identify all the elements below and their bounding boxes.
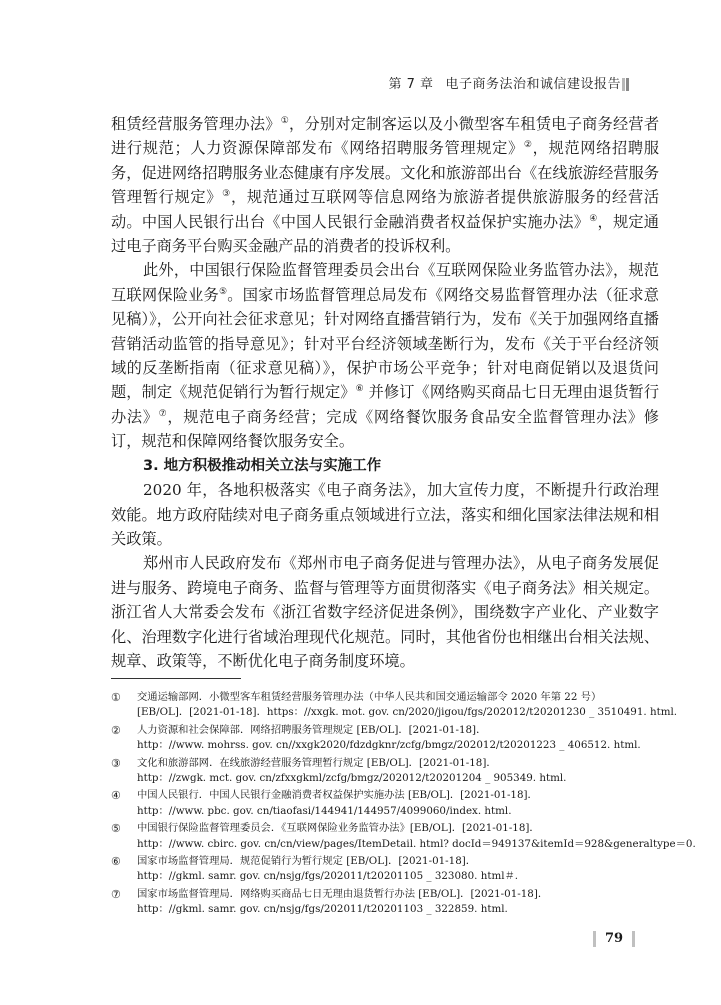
- footnote-url[interactable]: http：//gkml. samr. gov. cn/nsjg/fgs/2020…: [137, 902, 671, 917]
- footnote-ref-1[interactable]: ①: [281, 116, 289, 126]
- footnote-item: ① 交通运输部网．小微型客车租赁经营服务管理办法（中华人民共和国交通运输部令 2…: [111, 690, 671, 721]
- footnote-item: ⑥ 国家市场监督管理局．规范促销行为暂行规定 [EB/OL]．[2021-01-…: [111, 854, 671, 885]
- footnote-url[interactable]: http：//www. mohrss. gov. cn//xxgk2020/fd…: [137, 738, 671, 753]
- running-header: 第 7 章电子商务法治和诚信建设报告: [0, 73, 721, 93]
- footnote-source: 文化和旅游部网．在线旅游经营服务管理暂行规定 [EB/OL]．[2021-01-…: [137, 756, 671, 771]
- text: ，规范电子商务经营；完成《网络餐饮服务食品安全监督管理办法》修订，规范和保障网络…: [111, 408, 659, 450]
- footnote-url[interactable]: http：//www. pbc. gov. cn/tiaofasi/144941…: [137, 804, 671, 819]
- paragraph-3: 2020 年，各地积极落实《电子商务法》，加大宣传力度，不断提升行政治理效能。地…: [111, 478, 659, 551]
- footnote-number: ⑦: [111, 887, 121, 902]
- section-heading: 3. 地方积极推动相关立法与实施工作: [111, 454, 659, 478]
- footnote-item: ⑦ 国家市场监督管理局．网络购买商品七日无理由退货暂行办法 [EB/OL]．[2…: [111, 887, 671, 918]
- footnote-ref-6[interactable]: ⑥: [356, 384, 364, 394]
- footnote-item: ② 人力资源和社会保障部．网络招聘服务管理规定 [EB/OL]．[2021-01…: [111, 723, 671, 754]
- footnote-number: ⑥: [111, 854, 121, 869]
- paragraph-2: 此外，中国银行保险监督管理委员会出台《互联网保险业务监管办法》，规范互联网保险业…: [111, 258, 659, 453]
- header-text: 第 7 章电子商务法治和诚信建设报告: [388, 73, 621, 92]
- chapter-label: 第 7 章: [388, 77, 433, 92]
- page-bar-left-icon: [593, 931, 596, 947]
- footnote-source: 交通运输部网．小微型客车租赁经营服务管理办法（中华人民共和国交通运输部令 202…: [137, 690, 671, 705]
- footnote-source: 中国银行保险监督管理委员会．《互联网保险业务监管办法》[EB/OL]．[2021…: [137, 821, 671, 836]
- header-bar-icon: [622, 76, 632, 89]
- footnote-item: ⑤ 中国银行保险监督管理委员会．《互联网保险业务监管办法》[EB/OL]．[20…: [111, 821, 671, 852]
- footnote-source: 人力资源和社会保障部．网络招聘服务管理规定 [EB/OL]．[2021-01-1…: [137, 723, 671, 738]
- footnote-item: ③ 文化和旅游部网．在线旅游经营服务管理暂行规定 [EB/OL]．[2021-0…: [111, 756, 671, 787]
- footnote-source: 国家市场监督管理局．网络购买商品七日无理由退货暂行办法 [EB/OL]．[202…: [137, 887, 671, 902]
- footnotes: ① 交通运输部网．小微型客车租赁经营服务管理办法（中华人民共和国交通运输部令 2…: [111, 690, 671, 920]
- text: 租赁经营服务管理办法》: [111, 115, 281, 133]
- page-bar-right-icon: [632, 931, 635, 947]
- chapter-title: 电子商务法治和诚信建设报告: [445, 77, 621, 92]
- paragraph-1: 租赁经营服务管理办法》①，分别对定制客运以及小微型客车租赁电子商务经营者进行规范…: [111, 112, 659, 258]
- footnote-number: ③: [111, 756, 121, 771]
- footnote-number: ①: [111, 690, 121, 705]
- footnote-ref-3[interactable]: ③: [222, 189, 231, 199]
- paragraph-4: 郑州市人民政府发布《郑州市电子商务促进与管理办法》，从电子商务发展促进与服务、跨…: [111, 551, 659, 673]
- page-number: 79: [593, 930, 635, 948]
- footnote-url[interactable]: http：//www. cbirc. gov. cn/cn/view/pages…: [137, 837, 671, 852]
- footnote-number: ②: [111, 723, 121, 738]
- footnote-divider: [111, 678, 241, 679]
- footnote-number: ⑤: [111, 821, 121, 836]
- footnote-number: ④: [111, 788, 121, 803]
- footnote-url[interactable]: http：//zwgk. mct. gov. cn/zfxxgkml/zcfg/…: [137, 771, 671, 786]
- footnote-ref-2[interactable]: ②: [524, 140, 533, 150]
- footnote-url[interactable]: [EB/OL]．[2021-01-18]．https：//xxgk. mot. …: [137, 705, 671, 720]
- footnote-ref-4[interactable]: ④: [589, 214, 597, 224]
- footnote-item: ④ 中国人民银行．中国人民银行金融消费者权益保护实施办法 [EB/OL]．[20…: [111, 788, 671, 819]
- footnote-source: 中国人民银行．中国人民银行金融消费者权益保护实施办法 [EB/OL]．[2021…: [137, 788, 671, 803]
- footnote-source: 国家市场监督管理局．规范促销行为暂行规定 [EB/OL]．[2021-01-18…: [137, 854, 671, 869]
- body-text: 租赁经营服务管理办法》①，分别对定制客运以及小微型客车租赁电子商务经营者进行规范…: [111, 112, 659, 673]
- footnote-url[interactable]: http：//gkml. samr. gov. cn/nsjg/fgs/2020…: [137, 869, 671, 884]
- page-number-text: 79: [605, 930, 623, 948]
